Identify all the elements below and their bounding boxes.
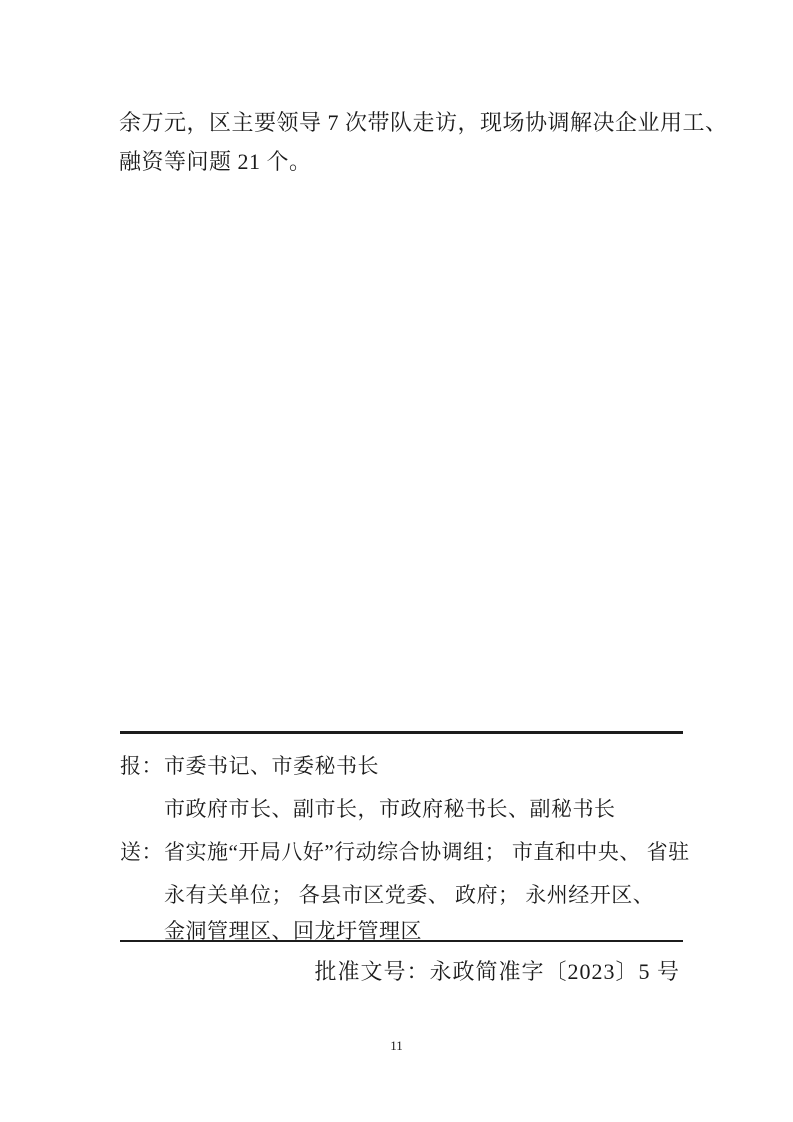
distribution-row-report: 报： 市委书记、市委秘书长 (120, 753, 686, 779)
distribution-text: 市委书记、市委秘书长 (164, 753, 379, 779)
body-text-line: 融资等问题 21 个。 (119, 142, 685, 181)
footer-bottom-rule (120, 940, 683, 942)
page-number: 11 (0, 1037, 793, 1054)
distribution-label (120, 796, 164, 822)
approval-number: 批准文号：永政简准字〔2023〕5 号 (120, 958, 680, 986)
distribution-text: 省实施“开局八好”行动综合协调组； 市直和中央、 省驻 (164, 839, 690, 865)
distribution-text: 永有关单位； 各县市区党委、 政府； 永州经开区、 (164, 882, 654, 908)
distribution-row-send-cont: 永有关单位； 各县市区党委、 政府； 永州经开区、 (120, 882, 686, 908)
distribution-row-report-cont: 市政府市长、副市长，市政府秘书长、副秘书长 (120, 796, 686, 822)
distribution-text: 市政府市长、副市长，市政府秘书长、副秘书长 (164, 796, 616, 822)
footer-top-rule (120, 731, 683, 734)
distribution-label (120, 882, 164, 908)
document-page: 余万元，区主要领导 7 次带队走访，现场协调解决企业用工、 融资等问题 21 个… (0, 0, 793, 1122)
distribution-label: 报： (120, 753, 164, 779)
distribution-label: 送： (120, 839, 164, 865)
distribution-row-send: 送： 省实施“开局八好”行动综合协调组； 市直和中央、 省驻 (120, 839, 686, 865)
body-text-line: 余万元，区主要领导 7 次带队走访，现场协调解决企业用工、 (119, 103, 685, 142)
body-paragraph: 余万元，区主要领导 7 次带队走访，现场协调解决企业用工、 融资等问题 21 个… (119, 103, 685, 181)
